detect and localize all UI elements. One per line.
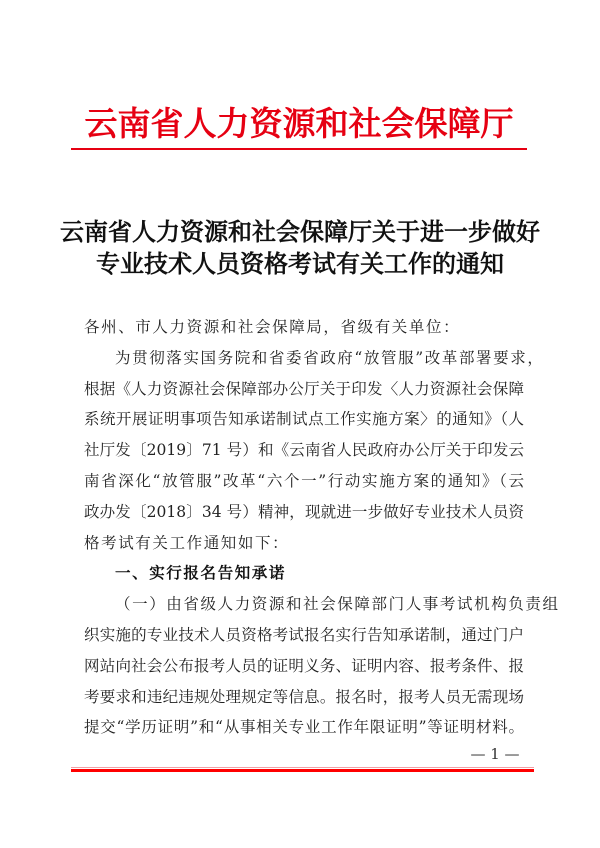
section-line: 织实施的专业技术人员资格考试报名实行告知承诺制，通过门户 — [84, 620, 524, 651]
body-line: 南省深化“放管服”改革“六个一”行动实施方案的通知》（云 — [84, 466, 524, 497]
body-line: 为贯彻落实国务院和省委省政府“放管服”改革部署要求， — [84, 343, 524, 374]
document-body: 各州、市人力资源和社会保障局，省级有关单位： 为贯彻落实国务院和省委省政府“放管… — [84, 312, 524, 743]
organization-header: 云南省人力资源和社会保障厅 — [71, 104, 527, 144]
page-number: — 1 — — [460, 744, 530, 764]
section-line: （一）由省级人力资源和社会保障部门人事考试机构负责组 — [84, 589, 524, 620]
section-line: 提交“学历证明”和“从事相关专业工作年限证明”等证明材料。 — [84, 712, 524, 743]
footer-red-rule — [71, 769, 534, 772]
body-line: 根据《人力资源社会保障部办公厅关于印发〈人力资源社会保障 — [84, 374, 524, 405]
document-page: 云南省人力资源和社会保障厅 云南省人力资源和社会保障厅关于进一步做好 专业技术人… — [0, 0, 600, 848]
body-line: 社厅发〔2019〕71 号）和《云南省人民政府办公厅关于印发云 — [84, 435, 524, 466]
footer-thin-rule — [71, 767, 534, 768]
document-title-line-2: 专业技术人员资格考试有关工作的通知 — [60, 248, 540, 280]
body-line: 政办发〔2018〕34 号）精神，现就进一步做好专业技术人员资 — [84, 497, 524, 528]
section-heading: 一、实行报名告知承诺 — [84, 558, 524, 589]
body-line: 系统开展证明事项告知承诺制试点工作实施方案〉的通知》（人 — [84, 404, 524, 435]
body-line: 格考试有关工作通知如下： — [84, 528, 524, 559]
section-line: 考要求和违纪违规处理规定等信息。报名时，报考人员无需现场 — [84, 682, 524, 713]
document-title: 云南省人力资源和社会保障厅关于进一步做好 专业技术人员资格考试有关工作的通知 — [60, 216, 540, 280]
header-red-rule — [71, 148, 527, 150]
salutation: 各州、市人力资源和社会保障局，省级有关单位： — [84, 312, 524, 343]
section-line: 网站向社会公布报考人员的证明义务、证明内容、报考条件、报 — [84, 651, 524, 682]
document-title-line-1: 云南省人力资源和社会保障厅关于进一步做好 — [60, 216, 540, 248]
